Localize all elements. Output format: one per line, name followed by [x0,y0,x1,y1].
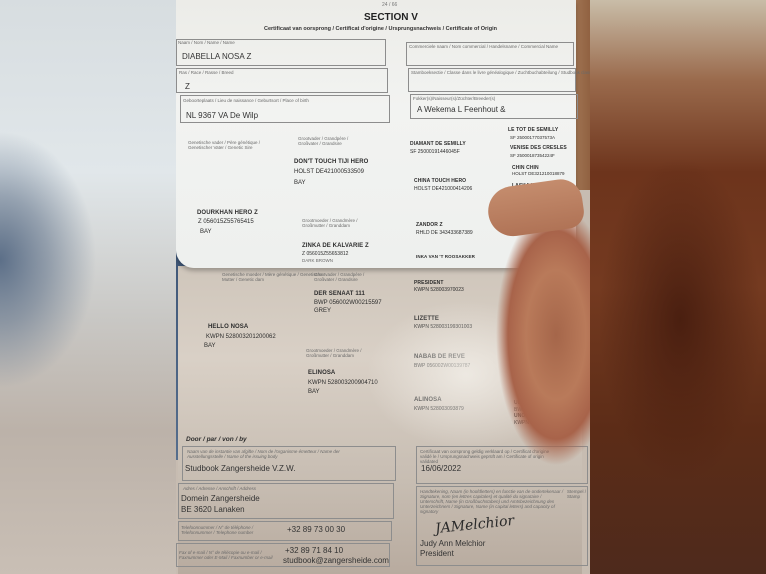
section-title: SECTION V [364,12,418,23]
blurred-background-left [0,0,178,574]
breeder-label: Fokker(s)/Naisseur(s)/Züchter/Breeder(s) [413,96,495,101]
address-box: Adres / Adresse / Anschrift / Address Do… [178,483,394,519]
fax-value: +32 89 71 84 10 [285,546,343,555]
commercial-name-box: Commerciele naam / Nom commercial / Hand… [406,42,574,66]
ssd-id: HOLST DE421000414206 [414,186,472,192]
issuing-body-box: Naam van de instantie van afgifte / Nom … [182,446,396,481]
issuing-body-value: Studbook Zangersheide V.Z.W. [185,464,295,473]
phone-value: +32 89 73 00 30 [287,525,345,534]
dam-dam-id: KWPN 528003200904710 [308,380,378,386]
sire-dam-name: ZINKA DE KALVARIE Z [302,243,369,249]
sds-id: RHLD DE 343433687389 [416,230,473,236]
sire-color: BAY [200,229,212,235]
signature-label: Handtekening, Naam (in hoofdletters) en … [420,489,565,514]
phone-box: Telefoonnummer / N° de téléphone / Telef… [178,521,392,541]
breed-value: Z [185,82,190,91]
issuer-heading: Door / par / von / by [186,436,247,443]
dsd-id: KWPN 528003199301003 [414,324,472,330]
blurred-background-right [590,0,766,574]
breed-label: Ras / Race / Rasse / Breed [179,70,234,75]
certificate-photo: Genetische moeder / Mère génétique / Gen… [176,0,590,574]
dam-color: BAY [204,343,216,349]
dam-sire-id: BWP 056002W00215597 [314,300,382,306]
dam-dam-color: BAY [308,389,320,395]
ssds-id: HOLST DE321210018879 [512,171,564,176]
name-box: DIABELLA NOSA Z [176,39,386,66]
signature: JAMelchior [434,513,515,537]
breeder-box: Fokker(s)/Naisseur(s)/Züchter/Breeder(s)… [410,94,578,119]
sire-label: Genetische vader / Père génétique / Gene… [188,140,273,150]
sssd-id: SF 25000187354224F [510,153,555,158]
studbook-section-box: Stamboeksectie / Classe dans le livre gé… [408,68,576,92]
dss-name: PRESIDENT [414,280,444,286]
sire-dam-id: Z 056015Z55653812 [302,251,348,257]
stamp-label: Stempel / Stamp [567,489,587,499]
dam-id: KWPN 528003201200062 [206,334,276,340]
ssss-id: SF 25000177037573A [510,135,555,140]
horse-name: DIABELLA NOSA Z [182,52,251,61]
address-line2: BE 3620 Lanaken [181,505,245,514]
birthplace-box: Geboorteplaats / Lieu de naissance / Geb… [180,95,390,123]
sire-name: DOURKHAN HERO Z [197,210,258,216]
issuing-body-label: Naam van de instantie van afgifte / Nom … [187,449,347,459]
signatory-name: Judy Ann Melchior [420,539,485,548]
dam-dam-name: ELINOSA [308,370,335,376]
grandsire-label: Grootvader / Grandpère / Großvater / Gra… [298,136,358,146]
sss-name: DIAMANT DE SEMILLY [410,141,466,147]
sire-sire-id: HOLST DE421000533509 [294,169,364,175]
document-subtitle: Certificaat van oorsprong / Certificat d… [264,26,497,32]
email-value: studbook@zangersheide.com [283,556,389,565]
signature-box: Handtekening, Naam (in hoofdletters) en … [416,486,588,566]
page-number: 24 / 66 [382,2,397,8]
sdd-name: INKA VAN 'T ROOSAKKER [416,254,475,259]
sire-id: Z 056015Z55765415 [198,219,254,225]
fax-label: Fax of e-mail / N° de télécopie ou e-mai… [179,550,279,560]
birthplace-value: NL 9367 VA De Wilp [186,111,258,120]
fax-email-box: Fax of e-mail / N° de télécopie ou e-mai… [176,543,390,567]
sire-dam-color: DARK BROWN [302,258,333,263]
phone-label: Telefoonnummer / N° de téléphone / Telef… [181,525,276,535]
granddam-label-lower: Grootmoeder / Grandmère / Großmutter / G… [306,348,366,358]
dss-id: KWPN 528003970023 [414,287,464,293]
birthplace-label: Geboorteplaats / Lieu de naissance / Geb… [183,98,309,103]
studbook-section-label: Stamboeksectie / Classe dans le livre gé… [411,70,590,75]
dam-sire-color: GREY [314,308,331,314]
dam-name: HELLO NOSA [208,324,248,330]
sire-sire-name: DON'T TOUCH TIJI HERO [294,159,368,165]
ddd-name: ALINOSA [414,397,442,403]
dds-id: BWP 056002W00139787 [414,363,470,369]
grandsire-label-lower: Grootvader / Grandpère / Großvater / Gra… [314,272,374,282]
granddam-label: Grootmoeder / Grandmère / Großmutter / G… [302,218,362,228]
dds-name: NABAB DE REVE [414,354,465,360]
breeder-value: A Wekema L Feenhout & [417,105,506,114]
dam-sire-name: DER SENAAT 111 [314,291,365,297]
dsd-name: LIZETTE [414,316,439,322]
issue-date-value: 16/06/2022 [421,464,461,473]
sssd-name: VENISE DES CRESLES [510,145,567,151]
commercial-name-label: Commerciele naam / Nom commercial / Hand… [409,44,558,49]
address-label: Adres / Adresse / Anschrift / Address [183,486,256,491]
ssss-name: LE TOT DE SEMILLY [508,127,558,133]
address-line1: Domein Zangersheide [181,494,260,503]
sire-sire-color: BAY [294,180,306,186]
ssd-name: CHINA TOUCH HERO [414,178,466,184]
sss-id: SF 25000191446045F [410,149,460,155]
signatory-title: President [420,549,454,558]
breed-box: Ras / Race / Rasse / Breed Z [176,68,388,93]
ddd-id: KWPN 528003093879 [414,406,464,412]
sds-name: ZANDOR Z [416,222,443,228]
